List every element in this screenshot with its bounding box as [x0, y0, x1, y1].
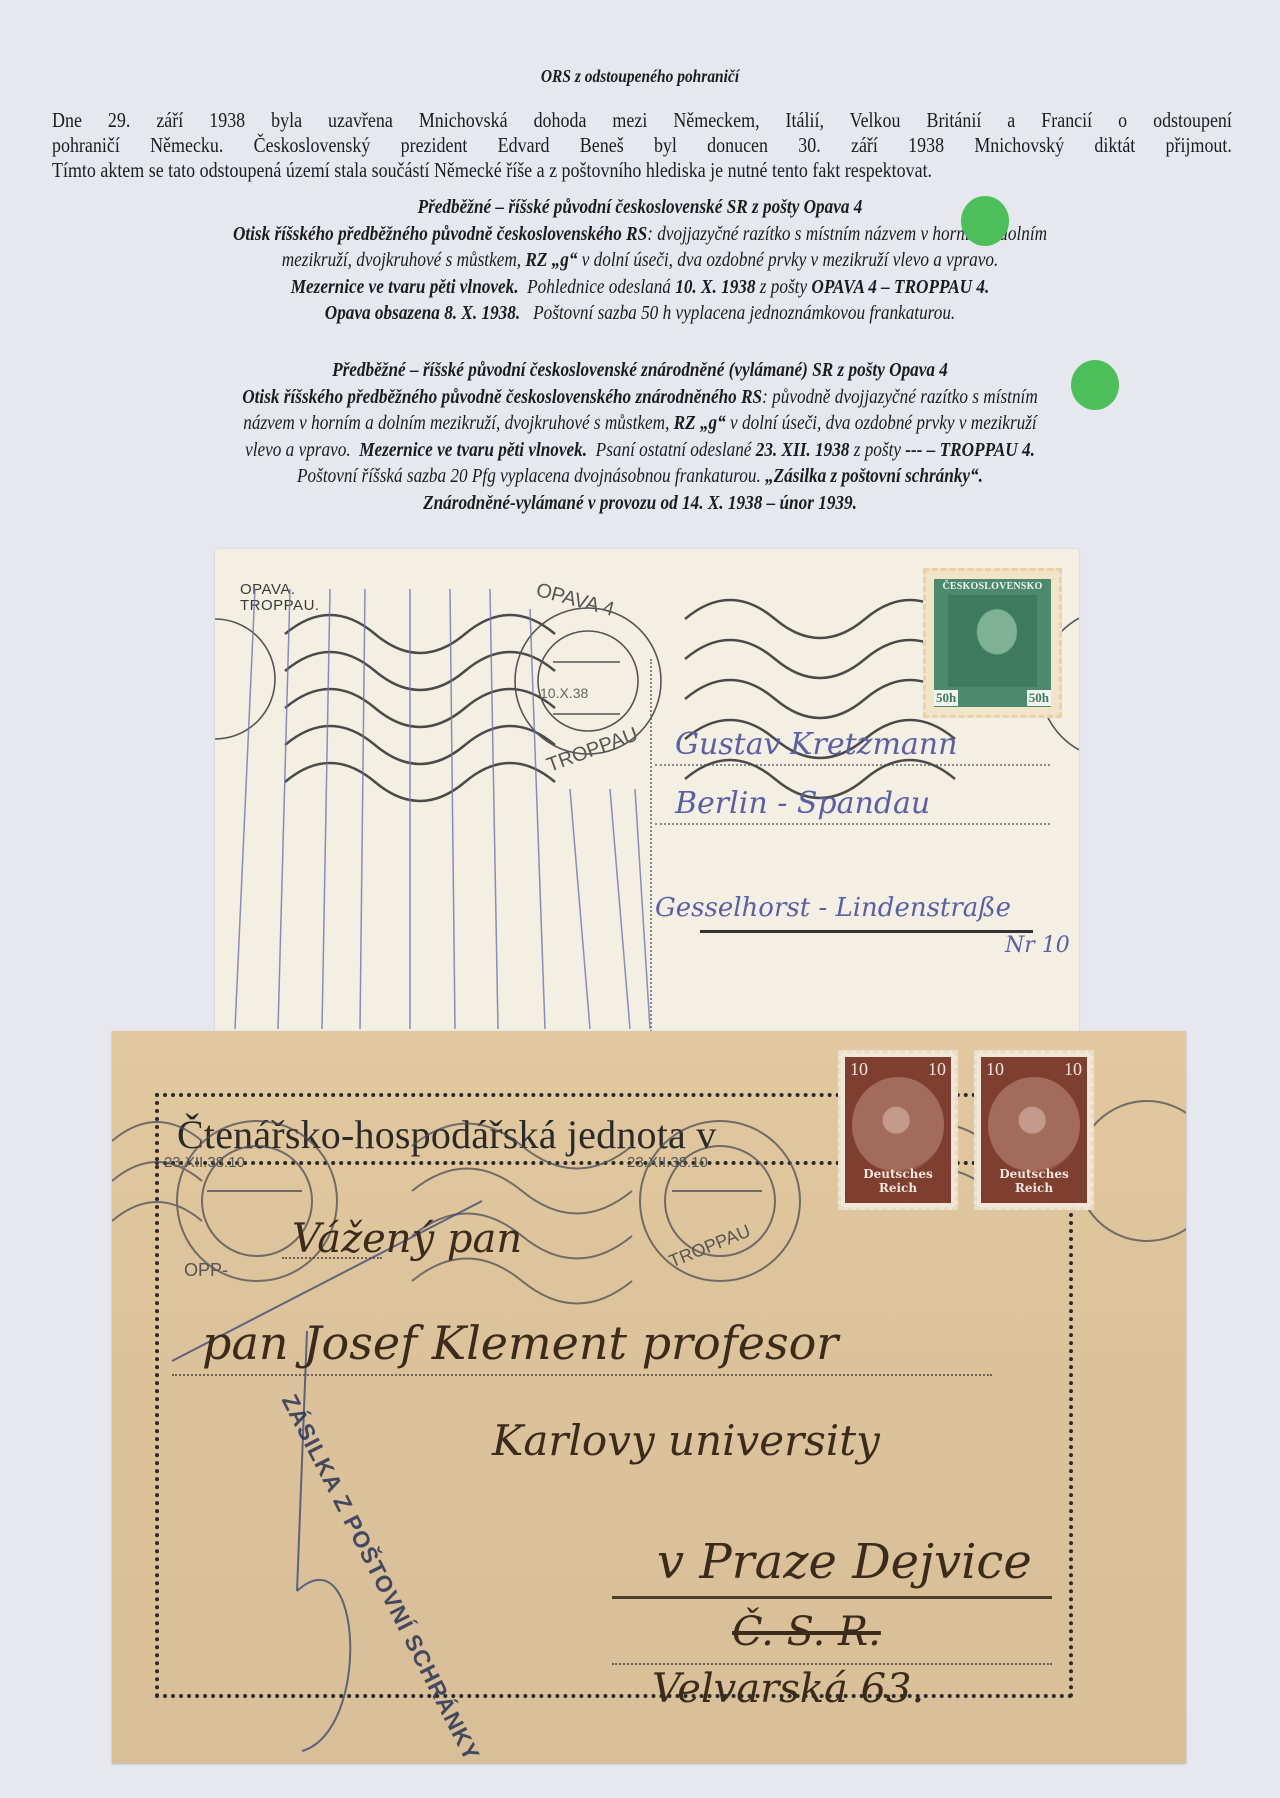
address-line [612, 1596, 1052, 1599]
description-line: Mezernice ve tvaru pěti vlnovek. Pohledn… [90, 274, 1191, 301]
stamp-label: Deutsches Reich [981, 1167, 1087, 1195]
stamp-value: 50h [934, 690, 958, 706]
address-handwriting: Gustav Kretzmann [675, 727, 957, 762]
address-handwriting: Gesselhorst - Lindenstraße [655, 893, 1011, 923]
intro-line: Dne 29. září 1938 byla uzavřena Mnichovs… [52, 108, 1232, 133]
description-line: názvem v horním a dolním mezikruží, dvoj… [90, 410, 1191, 437]
czechoslovak-stamp: ČESKOSLOVENSKO 50h 50h [923, 568, 1062, 718]
stamp-value: 10 [850, 1059, 868, 1080]
deutsches-reich-stamp: 10 10 Deutsches Reich [838, 1050, 958, 1210]
page-title: ORS z odstoupeného pohraničí [90, 66, 1191, 87]
address-handwriting: Velvarská 63. [652, 1666, 924, 1712]
description-line: Poštovní říšská sazba 20 Pfg vyplacena d… [90, 463, 1191, 490]
cancel-bottom-text: OPP- [184, 1260, 228, 1281]
green-marker-dot [961, 196, 1009, 246]
address-line [655, 823, 1050, 825]
description-line: Znárodněné-vylámané v provozu od 14. X. … [90, 490, 1191, 517]
address-handwriting: Vážený pan [292, 1216, 522, 1262]
stamp-country: ČESKOSLOVENSKO [934, 581, 1051, 592]
cancel-date: 10.X.38 [540, 685, 588, 701]
section-postcard-description: Předběžné – říšské původní československ… [0, 194, 1280, 327]
description-line: mezikruží, dvojkruhové s můstkem, RZ „g“… [90, 247, 1191, 274]
description-line: Otisk říšského předběžného původně česko… [90, 221, 1191, 248]
address-line [612, 1663, 1052, 1665]
address-handwriting: pan Josef Klement profesor [202, 1316, 838, 1370]
description-line: Opava obsazena 8. X. 1938. Poštovní sazb… [90, 300, 1191, 327]
deutsches-reich-stamp: 10 10 Deutsches Reich [974, 1050, 1094, 1210]
stamp-label: Deutsches Reich [845, 1167, 951, 1195]
address-handwriting: v Praze Dejvice [657, 1534, 1032, 1590]
address-line [700, 930, 1033, 933]
section-heading: Předběžné – říšské původní československ… [90, 194, 1191, 221]
address-handwriting: Nr 10 [1005, 933, 1070, 958]
postcard: OPAVA. TROPPAU. OPAVA 4 10.X.38 [215, 549, 1079, 1039]
envelope-header: Čtenářsko-hospodářská jednota v [177, 1111, 716, 1158]
hindenburg-portrait-icon [852, 1077, 944, 1173]
postcard-divider [650, 659, 652, 1039]
portrait-icon [948, 595, 1037, 687]
address-line [655, 764, 1050, 766]
green-marker-dot [1071, 360, 1119, 410]
address-handwriting: Berlin - Spandau [675, 786, 930, 821]
description-line: vlevo a vpravo. Mezernice ve tvaru pěti … [90, 437, 1191, 464]
cancel-date: 23.XII.38.10 [627, 1154, 708, 1171]
cancel-top-text: OPAVA 4 [533, 579, 616, 622]
stamp-value: 50h [1027, 690, 1051, 706]
description-line: Otisk říšského předběžného původně česko… [90, 384, 1191, 411]
hindenburg-portrait-icon [988, 1077, 1080, 1173]
intro-line: Tímto aktem se tato odstoupená území sta… [52, 158, 1232, 183]
address-line [172, 1374, 992, 1376]
postcard-caption: OPAVA. TROPPAU. [240, 582, 320, 614]
cancel-bottom-text: TROPPAU [544, 723, 641, 777]
stamp-value: 10 [1064, 1059, 1082, 1080]
caption-line: TROPPAU. [240, 598, 320, 614]
address-handwriting: Karlovy university [492, 1416, 880, 1465]
intro-line: pohraničí Německu. Československý prezid… [52, 133, 1232, 158]
intro-paragraph: Dne 29. září 1938 byla uzavřena Mnichovs… [52, 108, 1232, 183]
caption-line: OPAVA. [240, 582, 320, 598]
address-handwriting-crossed: Č. S. R. [732, 1609, 881, 1655]
cancel-date: 23.XII.38.10 [164, 1154, 245, 1171]
section-heading: Předběžné – říšské původní československ… [90, 357, 1191, 384]
stamp-value: 10 [986, 1059, 1004, 1080]
stamp-value: 10 [928, 1059, 946, 1080]
